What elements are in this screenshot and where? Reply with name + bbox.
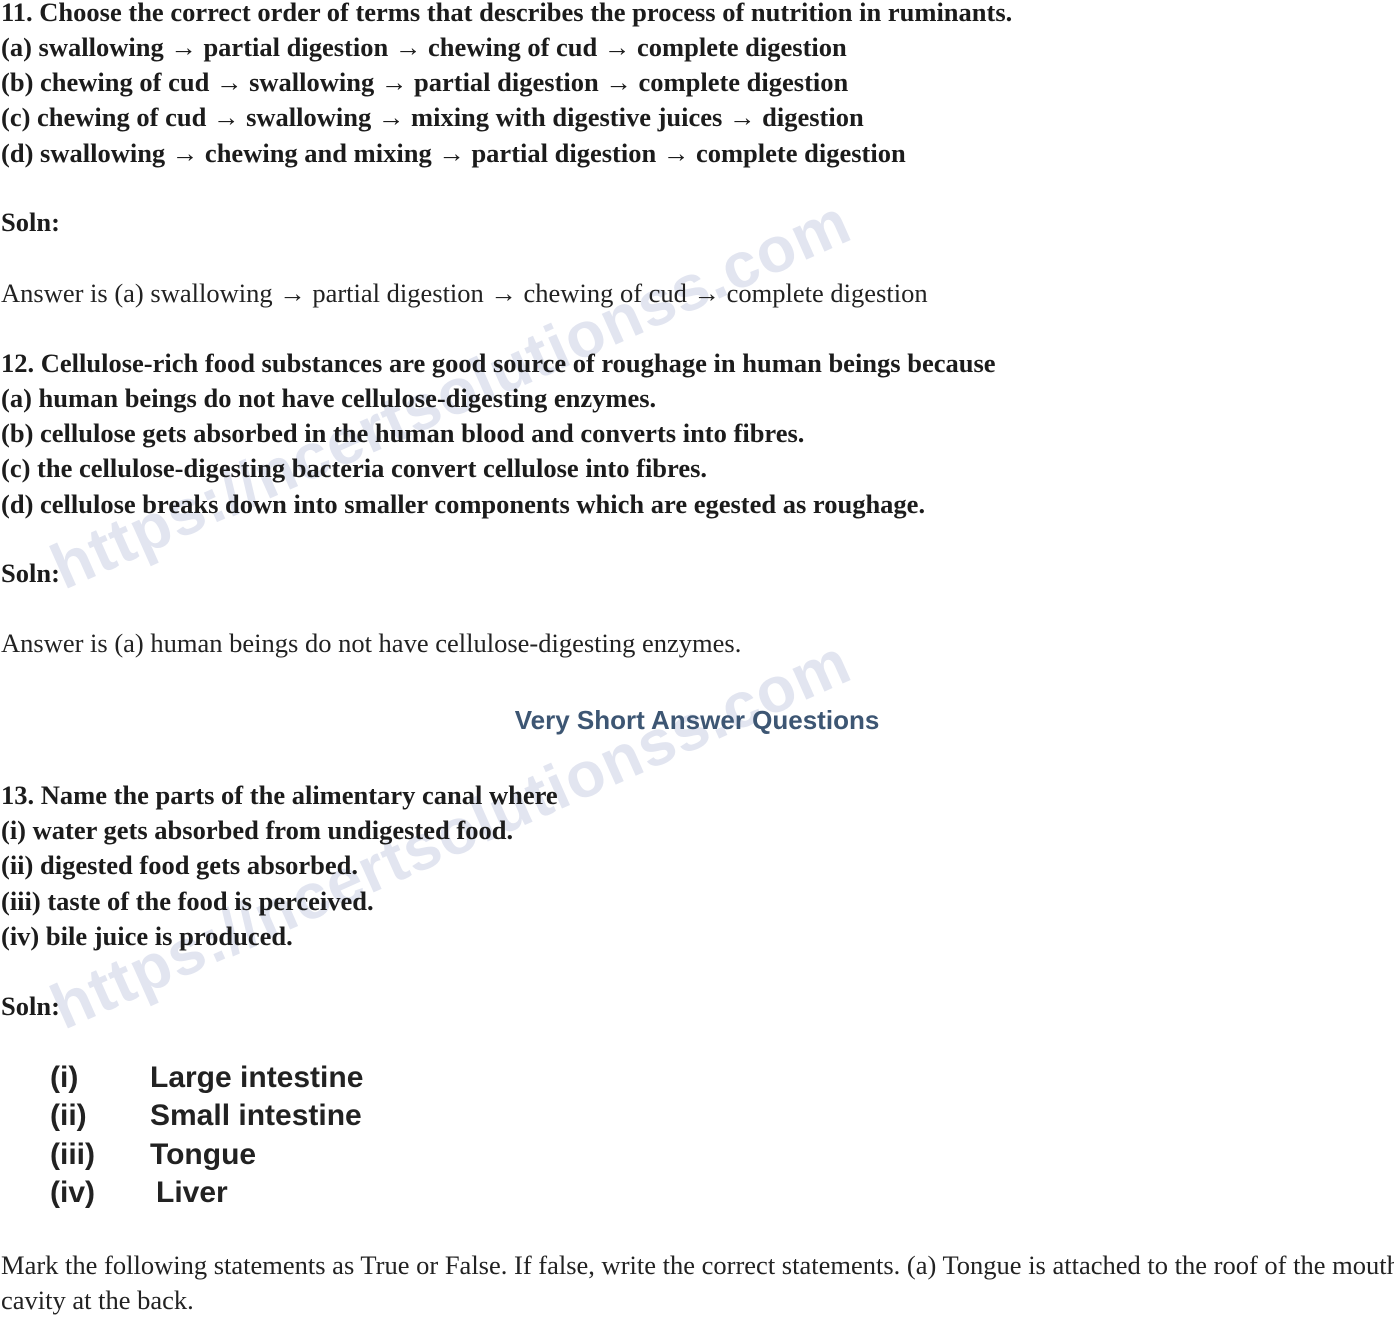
answer-row: (i)Large intestine xyxy=(50,1060,363,1096)
answer-number: (iii) xyxy=(50,1137,150,1173)
answer-number: (ii) xyxy=(50,1098,150,1134)
section-heading: Very Short Answer Questions xyxy=(0,705,1394,736)
answer-row: (iii)Tongue xyxy=(50,1137,256,1173)
question-11-option-b: (b) chewing of cud → swallowing → partia… xyxy=(1,66,848,98)
question-12-answer: Answer is (a) human beings do not have c… xyxy=(1,627,741,659)
question-12-option-c: (c) the cellulose-digesting bacteria con… xyxy=(1,452,707,484)
question-13-soln-label: Soln: xyxy=(1,990,60,1022)
question-13-part-iv: (iv) bile juice is produced. xyxy=(1,920,293,952)
question-12-option-d: (d) cellulose breaks down into smaller c… xyxy=(1,488,925,520)
question-12-prompt: 12. Cellulose-rich food substances are g… xyxy=(1,347,996,379)
question-11-answer: Answer is (a) swallowing → partial diges… xyxy=(1,277,928,309)
question-11-soln-label: Soln: xyxy=(1,206,60,238)
question-11-prompt: 11. Choose the correct order of terms th… xyxy=(1,0,1012,28)
question-11-option-d: (d) swallowing → chewing and mixing → pa… xyxy=(1,137,906,169)
question-13-part-ii: (ii) digested food gets absorbed. xyxy=(1,849,358,881)
answer-value: Large intestine xyxy=(150,1061,363,1094)
question-12-soln-label: Soln: xyxy=(1,557,60,589)
question-14-text: Mark the following statements as True or… xyxy=(1,1248,1394,1317)
question-13-part-i: (i) water gets absorbed from undigested … xyxy=(1,814,513,846)
answer-number: (i) xyxy=(50,1060,150,1096)
question-12-option-a: (a) human beings do not have cellulose-d… xyxy=(1,382,656,414)
answer-value: Tongue xyxy=(150,1138,256,1171)
question-13-prompt: 13. Name the parts of the alimentary can… xyxy=(1,779,558,811)
answer-value: Small intestine xyxy=(150,1099,362,1132)
answer-row: (iv)Liver xyxy=(50,1175,228,1211)
answer-value: Liver xyxy=(156,1176,228,1209)
question-13-part-iii: (iii) taste of the food is perceived. xyxy=(1,885,374,917)
question-11-option-c: (c) chewing of cud → swallowing → mixing… xyxy=(1,101,864,133)
question-12-option-b: (b) cellulose gets absorbed in the human… xyxy=(1,417,804,449)
answer-number: (iv) xyxy=(50,1175,150,1211)
question-11-option-a: (a) swallowing → partial digestion → che… xyxy=(1,31,847,63)
answer-row: (ii)Small intestine xyxy=(50,1098,362,1134)
